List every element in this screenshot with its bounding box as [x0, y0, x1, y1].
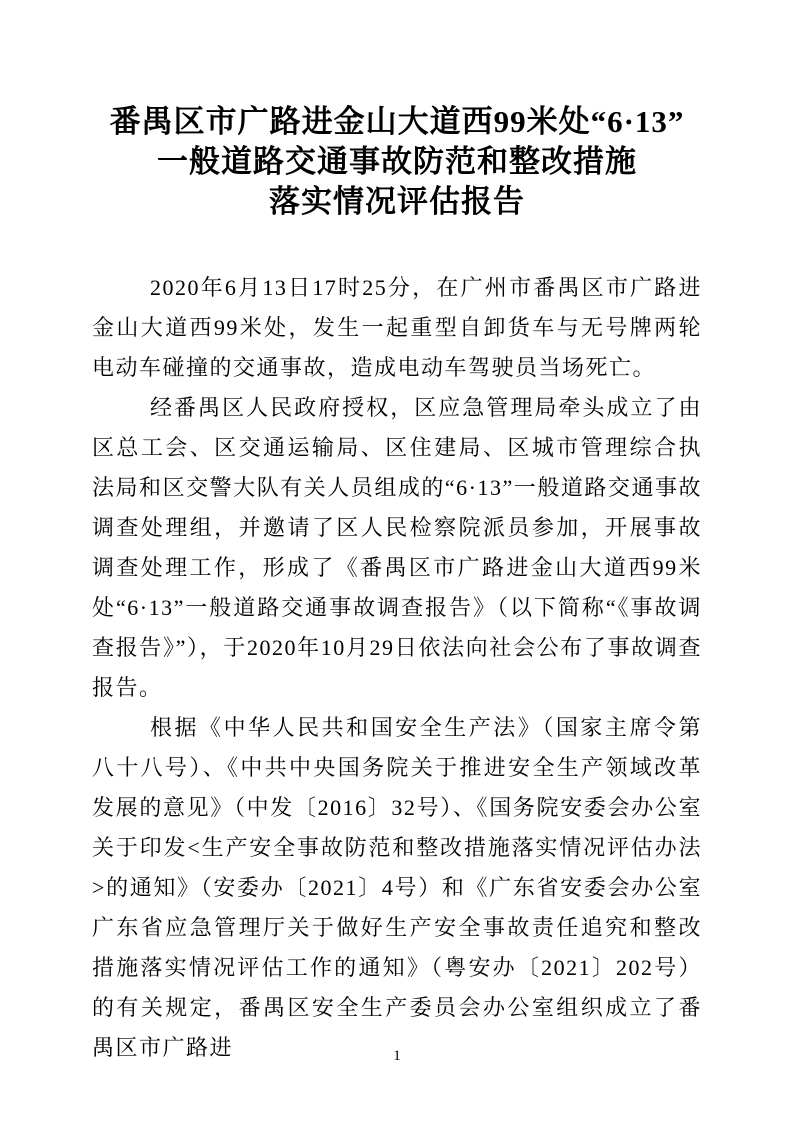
- paragraph-accident-summary: 2020年6月13日17时25分，在广州市番禺区市广路进金山大道西99米处，发生…: [92, 268, 702, 388]
- report-title-line-3: 落实情况评估报告: [92, 182, 702, 222]
- page-number: 1: [0, 1047, 794, 1065]
- paragraph-legal-basis: 根据《中华人民共和国安全生产法》（国家主席令第八十八号）、《中共中央国务院关于推…: [92, 708, 702, 1068]
- report-title-line-2: 一般道路交通事故防范和整改措施: [92, 142, 702, 182]
- report-title-line-1: 番禺区市广路进金山大道西99米处“6·13”: [92, 102, 702, 142]
- report-title: 番禺区市广路进金山大道西99米处“6·13” 一般道路交通事故防范和整改措施 落…: [92, 102, 702, 222]
- document-page: 番禺区市广路进金山大道西99米处“6·13” 一般道路交通事故防范和整改措施 落…: [0, 0, 794, 1123]
- paragraph-investigation-group: 经番禺区人民政府授权，区应急管理局牵头成立了由区总工会、区交通运输局、区住建局、…: [92, 388, 702, 708]
- report-body: 2020年6月13日17时25分，在广州市番禺区市广路进金山大道西99米处，发生…: [92, 268, 702, 1068]
